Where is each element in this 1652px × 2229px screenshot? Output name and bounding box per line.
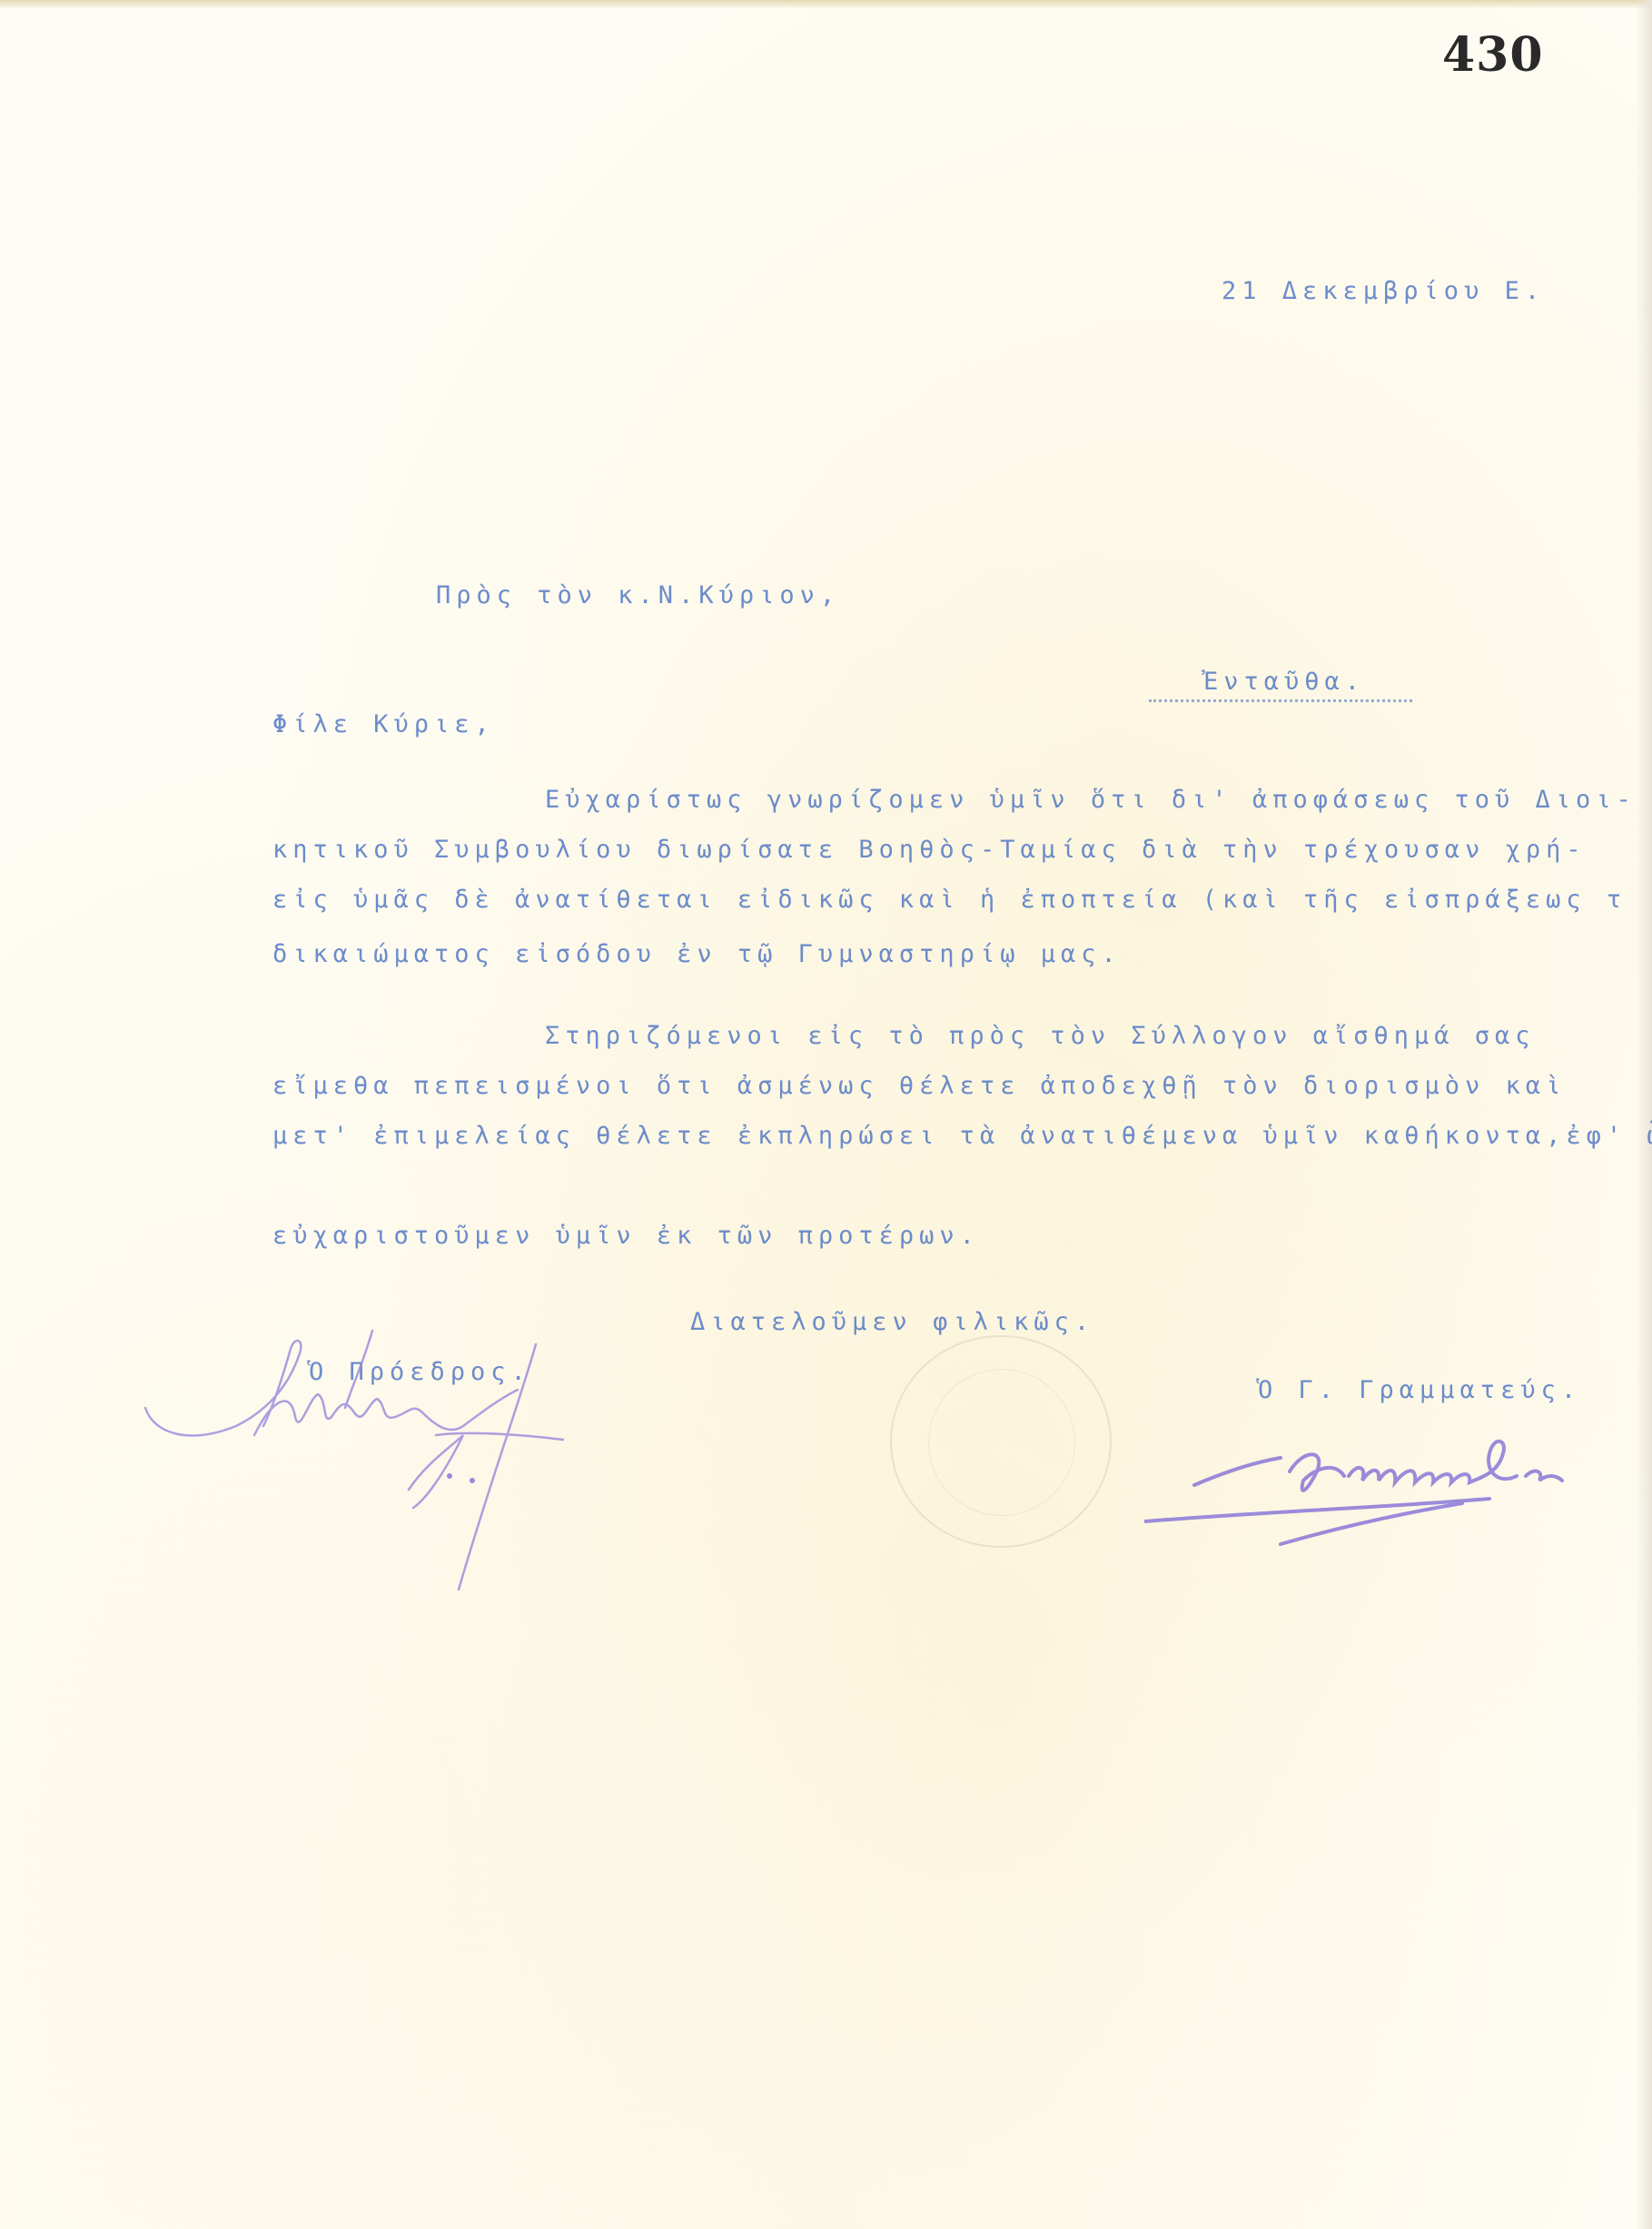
seal-stamp-inner	[928, 1369, 1075, 1516]
body-line: δικαιώματος εἰσόδου ἐν τῷ Γυμναστηρίῳ μα…	[272, 940, 1122, 968]
location-dotted-rule	[1149, 699, 1412, 702]
salutation: Φίλε Κύριε,	[272, 710, 495, 738]
letter-date: 21 Δεκεμβρίου Ε.	[1222, 277, 1545, 305]
location-line: Ἐνταῦθα.	[1203, 668, 1365, 696]
secretary-title: Ὁ Γ. Γραμματεύς.	[1258, 1376, 1581, 1404]
secretary-signature	[1144, 1435, 1652, 1553]
paper-background	[0, 0, 1652, 2229]
seal-stamp	[890, 1335, 1112, 1548]
president-signature	[136, 1326, 699, 1599]
body-line: μετ' ἐπιμελείας θέλετε ἐκπληρώσει τὰ ἀνα…	[272, 1122, 1652, 1150]
body-line: κητικοῦ Συμβουλίου διωρίσατε Βοηθὸς-Ταμί…	[272, 836, 1587, 864]
body-line: εἴμεθα πεπεισμένοι ὅτι ἀσμένως θέλετε ἀπ…	[272, 1072, 1566, 1100]
closing-line: Διατελοῦμεν φιλικῶς.	[690, 1308, 1094, 1336]
body-line: Στηριζόμενοι εἰς τὸ πρὸς τὸν Σύλλογον αἴ…	[545, 1022, 1536, 1050]
paper-top-edge	[0, 0, 1652, 9]
page-number: 430	[1442, 27, 1544, 83]
recipient-line: Πρὸς τὸν κ.Ν.Κύριον,	[436, 581, 840, 609]
body-line: Εὐχαρίστως γνωρίζομεν ὑμῖν ὅτι δι' ἀποφά…	[545, 786, 1637, 814]
body-line: εὐχαριστοῦμεν ὑμῖν ἐκ τῶν προτέρων.	[272, 1222, 980, 1250]
body-line: εἰς ὑμᾶς δὲ ἀνατίθεται εἰδικῶς καὶ ἡ ἐπο…	[272, 886, 1627, 914]
paper-right-edge	[1636, 0, 1652, 2229]
